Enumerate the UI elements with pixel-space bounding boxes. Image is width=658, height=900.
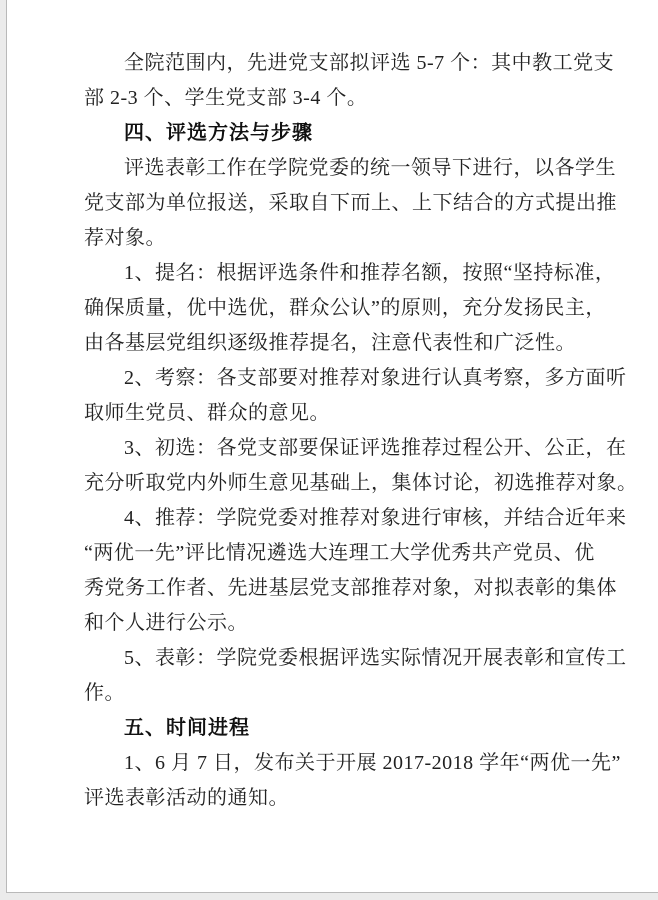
text-line: 全院范围内，先进党支部拟评选 5-7 个：其中教工党支 <box>84 46 576 81</box>
section-heading: 五、时间进程 <box>84 711 576 746</box>
text-line: 充分听取党内外师生意见基础上，集体讨论，初选推荐对象。 <box>84 466 576 501</box>
text-line: 评选表彰工作在学院党委的统一领导下进行，以各学生 <box>84 151 576 186</box>
text-line: 取师生党员、群众的意见。 <box>84 396 576 431</box>
text-line: “两优一先”评比情况遴选大连理工大学优秀共产党员、优 <box>84 536 576 571</box>
text-line: 2、考察：各支部要对推荐对象进行认真考察，多方面听 <box>84 361 576 396</box>
text-line: 1、提名：根据评选条件和推荐名额，按照“坚持标准， <box>84 256 576 291</box>
text-line: 确保质量，优中选优，群众公认”的原则，充分发扬民主， <box>84 291 576 326</box>
text-line: 荐对象。 <box>84 221 576 256</box>
text-line: 1、6 月 7 日，发布关于开展 2017-2018 学年“两优一先” <box>84 746 576 781</box>
document-page: 全院范围内，先进党支部拟评选 5-7 个：其中教工党支部 2-3 个、学生党支部… <box>6 0 658 893</box>
text-line: 3、初选：各党支部要保证评选推荐过程公开、公正，在 <box>84 431 576 466</box>
document-body: 全院范围内，先进党支部拟评选 5-7 个：其中教工党支部 2-3 个、学生党支部… <box>7 0 658 816</box>
section-heading: 四、评选方法与步骤 <box>84 116 576 151</box>
text-line: 4、推荐：学院党委对推荐对象进行审核，并结合近年来 <box>84 501 576 536</box>
text-line: 秀党务工作者、先进基层党支部推荐对象，对拟表彰的集体 <box>84 571 576 606</box>
text-line: 党支部为单位报送，采取自下而上、上下结合的方式提出推 <box>84 186 576 221</box>
text-line: 由各基层党组织逐级推荐提名，注意代表性和广泛性。 <box>84 326 576 361</box>
text-line: 5、表彰：学院党委根据评选实际情况开展表彰和宣传工 <box>84 641 576 676</box>
text-line: 和个人进行公示。 <box>84 606 576 641</box>
text-line: 作。 <box>84 676 576 711</box>
text-line: 部 2-3 个、学生党支部 3-4 个。 <box>84 81 576 116</box>
text-line: 评选表彰活动的通知。 <box>84 781 576 816</box>
